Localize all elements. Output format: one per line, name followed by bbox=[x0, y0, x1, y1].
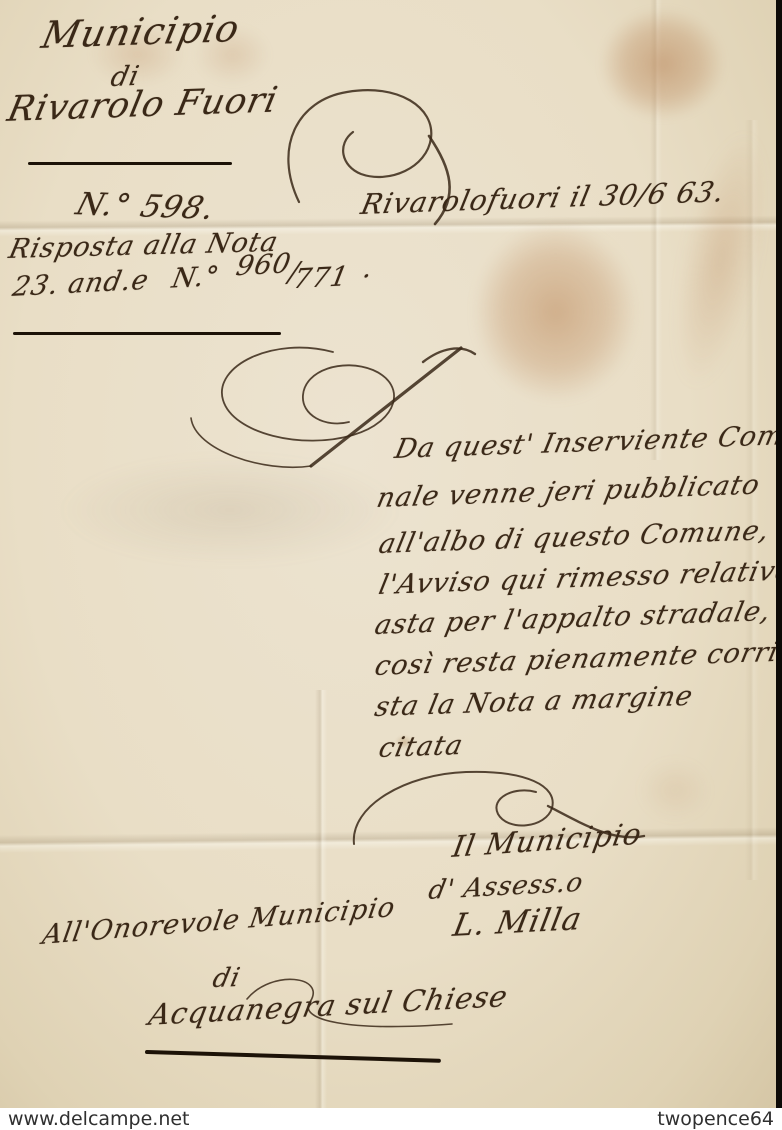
fold-crease-vertical-upper bbox=[650, 0, 662, 460]
reference-line-2-label: N.° bbox=[169, 261, 222, 295]
letter-paper: Municipio di Rivarolo Fuori N.° 598. Ris… bbox=[0, 0, 782, 1108]
letterhead-divider bbox=[28, 162, 232, 165]
watermark-strip: www.delcampe.net twopence64 bbox=[0, 1108, 782, 1130]
body-line-7: sta la Nota a margine bbox=[372, 681, 696, 723]
scan-edge-border bbox=[776, 0, 782, 1108]
address-underline bbox=[145, 1050, 441, 1063]
letterhead-rivarolo-fuori: Rivarolo Fuori bbox=[4, 80, 282, 130]
watermark-left: www.delcampe.net bbox=[8, 1108, 190, 1130]
stain-top-right bbox=[600, 8, 725, 120]
signature-role: d' Assess.o bbox=[426, 868, 586, 906]
reference-line-2-prefix: 23. and.e bbox=[10, 265, 152, 303]
watermark-right: twopence64 bbox=[657, 1108, 774, 1130]
body-line-8: citata bbox=[376, 730, 466, 764]
protocol-number: N.° 598. bbox=[72, 186, 220, 226]
body-line-6: così resta pienamente corrispo- bbox=[372, 635, 782, 682]
letterhead-municipio: Municipio bbox=[38, 7, 244, 57]
reference-fraction-denominator: 771 bbox=[291, 261, 352, 295]
stain-right-elongated bbox=[657, 125, 782, 395]
stain-lower-right bbox=[640, 760, 710, 820]
paper-wave-shadow bbox=[60, 455, 400, 565]
dateline: Rivarolofuori il 30/6 63. bbox=[358, 175, 728, 221]
reference-line-2-suffix: . bbox=[360, 253, 376, 285]
stain-center bbox=[473, 222, 638, 402]
reference-fraction: 960/771 bbox=[232, 254, 357, 292]
body-line-5: asta per l'appalto stradale, bbox=[372, 596, 774, 641]
address-line-3: Acquanegra sul Chiese bbox=[146, 979, 511, 1032]
body-line-3: all'albo di questo Comune, bbox=[376, 515, 773, 560]
body-line-2: nale venne jeri pubblicato bbox=[374, 469, 763, 514]
body-line-4: l'Avviso qui rimesso relativo bbox=[376, 555, 782, 601]
address-line-1: All'Onorevole Municipio bbox=[40, 892, 398, 951]
reference-divider bbox=[13, 332, 281, 335]
body-line-1: Da quest' Inserviente Comu- bbox=[392, 419, 782, 465]
reference-fraction-numerator: 960 bbox=[233, 248, 294, 282]
address-line-2: di bbox=[210, 963, 243, 994]
signature-office: Il Municipio bbox=[450, 816, 645, 864]
fold-crease-bottom bbox=[0, 827, 782, 853]
scanned-letter-page: Municipio di Rivarolo Fuori N.° 598. Ris… bbox=[0, 0, 782, 1130]
signature-name: L. Milla bbox=[450, 901, 585, 944]
